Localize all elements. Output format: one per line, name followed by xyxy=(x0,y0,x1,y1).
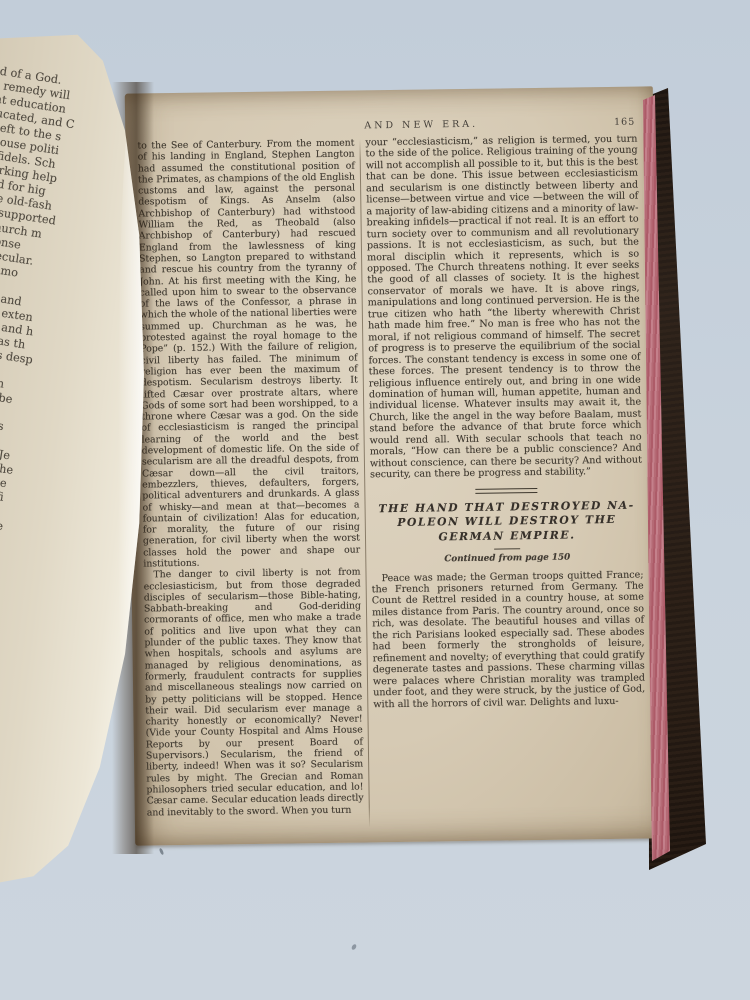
article-heading: THE HAND THAT DESTROYED NA- POLEON WILL … xyxy=(370,498,643,545)
paragraph: Peace was made; the German troops quitte… xyxy=(371,569,645,710)
running-header-title: AND NEW ERA. xyxy=(364,119,478,132)
dust-speck xyxy=(351,943,357,950)
photo-scene: AND NEW ERA. 165 to the See of Canterbur… xyxy=(0,0,750,1000)
heading-rule xyxy=(494,548,520,549)
right-column: your “ecclesiasticism,” as religion is t… xyxy=(365,134,647,838)
paragraph: to the See of Canterbury. From the momen… xyxy=(137,138,360,570)
text-columns: to the See of Canterbury. From the momen… xyxy=(137,134,649,841)
continued-note: Continued from page 150 xyxy=(371,552,643,567)
running-header-spacer xyxy=(139,129,330,132)
paragraph: your “ecclesiasticism,” as religion is t… xyxy=(365,134,642,481)
paragraph: The danger to civil liberty is not from … xyxy=(143,567,363,819)
right-page: AND NEW ERA. 165 to the See of Canterbur… xyxy=(125,86,663,845)
left-column: to the See of Canterbury. From the momen… xyxy=(137,138,364,841)
section-divider-rule xyxy=(475,488,537,494)
running-header: AND NEW ERA. 165 xyxy=(139,117,635,135)
dust-speck xyxy=(159,848,165,856)
